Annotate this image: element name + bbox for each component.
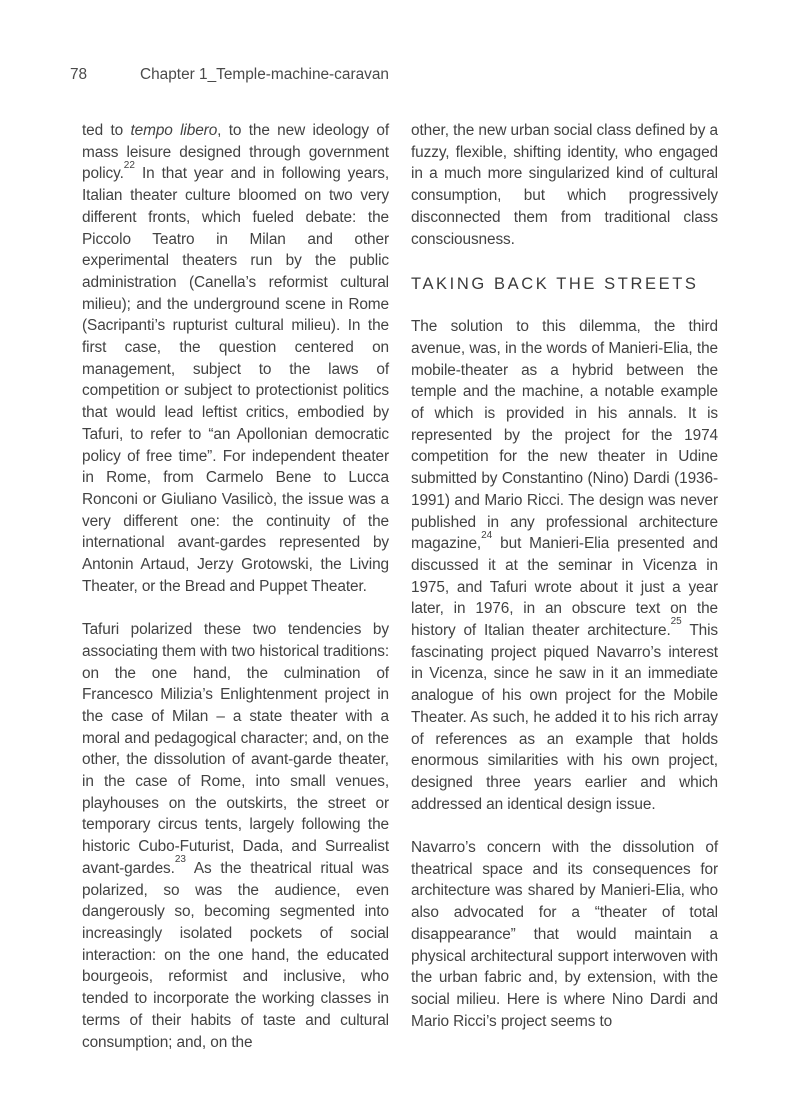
paragraph: Tafuri polarized these two tendencies by… bbox=[82, 619, 389, 1053]
footnote-ref-25: 25 bbox=[671, 616, 682, 627]
right-column: other, the new urban social class define… bbox=[411, 120, 718, 1053]
chapter-title: Chapter 1_Temple-machine-caravan bbox=[140, 66, 389, 83]
left-column: ted to tempo libero, to the new ideology… bbox=[82, 120, 389, 1053]
book-page: 78Chapter 1_Temple-machine-caravan ted t… bbox=[0, 0, 800, 1104]
page-number: 78 bbox=[70, 66, 140, 84]
footnote-ref-24: 24 bbox=[481, 530, 492, 541]
paragraph: Navarro’s concern with the dissolution o… bbox=[411, 837, 718, 1032]
footnote-ref-22: 22 bbox=[124, 160, 135, 171]
page-header: 78Chapter 1_Temple-machine-caravan bbox=[70, 66, 718, 84]
italic-phrase: tempo libero bbox=[130, 122, 217, 139]
footnote-ref-23: 23 bbox=[175, 854, 186, 865]
paragraph: The solution to this dilemma, the third … bbox=[411, 316, 718, 815]
paragraph: ted to tempo libero, to the new ideology… bbox=[82, 120, 389, 597]
section-heading: TAKING BACK THE STREETS bbox=[411, 275, 718, 294]
text-columns: ted to tempo libero, to the new ideology… bbox=[82, 120, 718, 1053]
paragraph: other, the new urban social class define… bbox=[411, 120, 718, 250]
